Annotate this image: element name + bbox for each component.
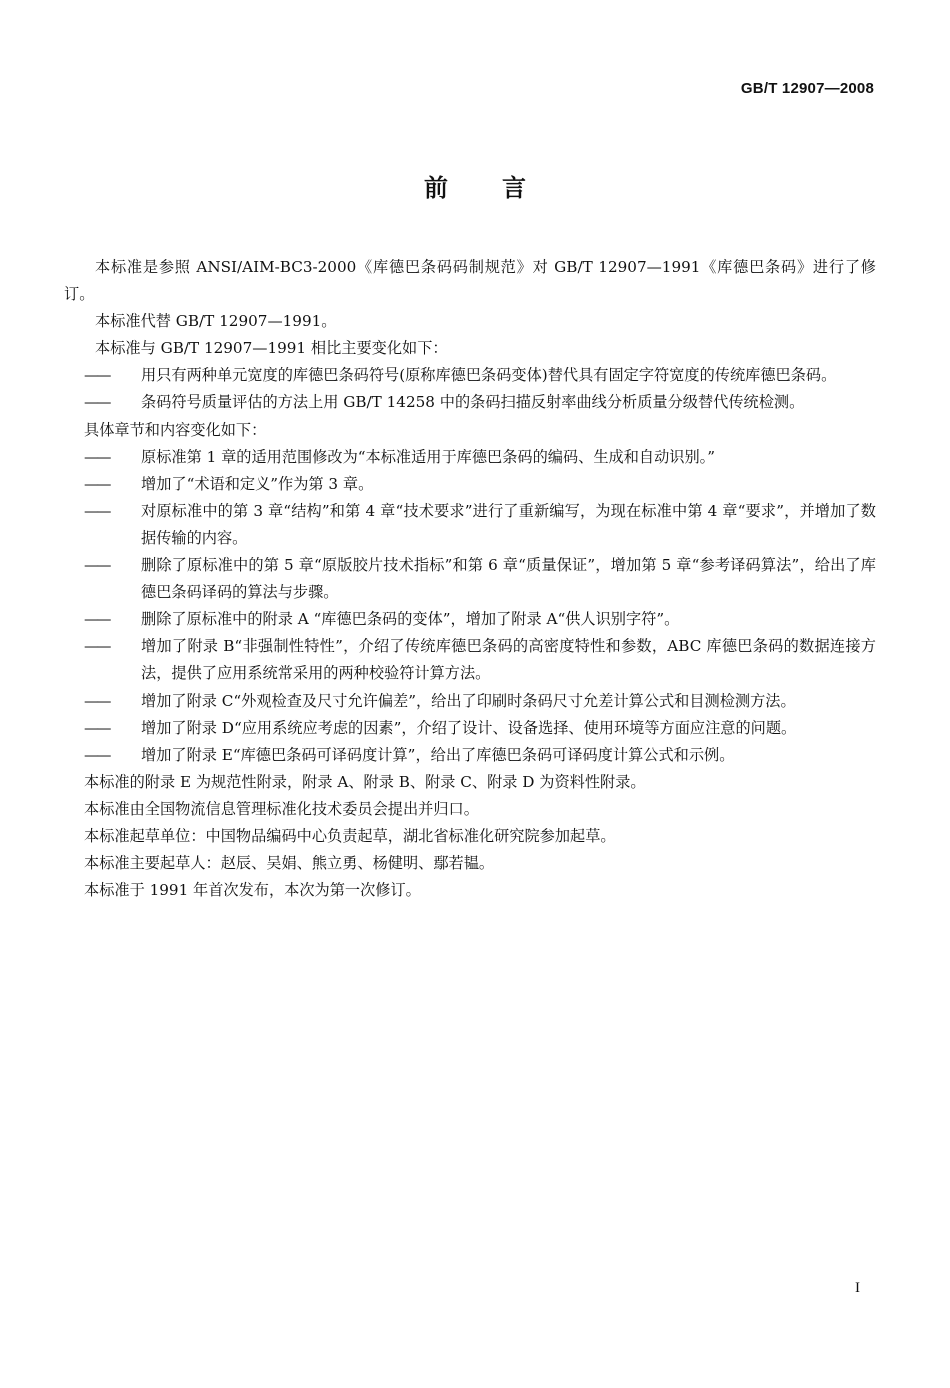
em-dash: ——: [84, 389, 141, 416]
list-item: ——用只有两种单元宽度的库德巴条码符号(原称库德巴条码变体)替代具有固定字符宽度…: [84, 362, 876, 389]
list-item-text: 增加了附录 C“外观检查及尺寸允许偏差”，给出了印刷时条码尺寸允差计算公式和目测…: [141, 692, 796, 710]
list-item-text: 增加了“术语和定义”作为第 3 章。: [141, 475, 373, 493]
list-item: ——增加了附录 E“库德巴条码可译码度计算”，给出了库德巴条码可译码度计算公式和…: [84, 742, 876, 769]
chapter-changes-list: ——原标准第 1 章的适用范围修改为“本标准适用于库德巴条码的编码、生成和自动识…: [64, 444, 876, 769]
list-item: ——增加了附录 B“非强制性特性”，介绍了传统库德巴条码的高密度特性和参数，AB…: [84, 633, 876, 687]
em-dash: ——: [84, 688, 141, 715]
em-dash: ——: [84, 444, 141, 471]
em-dash: ——: [84, 606, 141, 633]
list-item: ——删除了原标准中的第 5 章“原版胶片技术指标”和第 6 章“质量保证”，增加…: [84, 552, 876, 606]
em-dash: ——: [84, 552, 141, 579]
list-item-text: 增加了附录 D“应用系统应考虑的因素”，介绍了设计、设备选择、使用环境等方面应注…: [141, 719, 796, 737]
title-char-2: 言: [502, 168, 526, 203]
em-dash: ——: [84, 715, 141, 742]
list-item: ——条码符号质量评估的方法上用 GB/T 14258 中的条码扫描反射率曲线分析…: [84, 389, 876, 416]
intro-paragraph-1: 本标准是参照 ANSI/AIM-BC3-2000《库德巴条码码制规范》对 GB/…: [64, 254, 876, 308]
list-item-text: 原标准第 1 章的适用范围修改为“本标准适用于库德巴条码的编码、生成和自动识别。…: [141, 448, 715, 466]
list-item-text: 条码符号质量评估的方法上用 GB/T 14258 中的条码扫描反射率曲线分析质量…: [141, 393, 804, 411]
list-item-text: 删除了原标准中的附录 A “库德巴条码的变体”，增加了附录 A“供人识别字符”。: [141, 610, 679, 628]
intro-paragraph-3: 本标准与 GB/T 12907—1991 相比主要变化如下：: [64, 335, 876, 362]
list-item-text: 对原标准中的第 3 章“结构”和第 4 章“技术要求”进行了重新编写，为现在标准…: [141, 502, 876, 547]
proposer-statement: 本标准由全国物流信息管理标准化技术委员会提出并归口。: [64, 796, 876, 823]
list-item: ——增加了“术语和定义”作为第 3 章。: [84, 471, 876, 498]
title-char-1: 前: [424, 168, 448, 203]
em-dash: ——: [84, 498, 141, 525]
drafting-units: 本标准起草单位：中国物品编码中心负责起草，湖北省标准化研究院参加起草。: [64, 823, 876, 850]
list-item: ——对原标准中的第 3 章“结构”和第 4 章“技术要求”进行了重新编写，为现在…: [84, 498, 876, 552]
list-item: ——增加了附录 D“应用系统应考虑的因素”，介绍了设计、设备选择、使用环境等方面…: [84, 715, 876, 742]
chapter-changes-heading: 具体章节和内容变化如下：: [64, 417, 876, 444]
standard-code-header: GB/T 12907—2008: [741, 80, 874, 97]
list-item: ——删除了原标准中的附录 A “库德巴条码的变体”，增加了附录 A“供人识别字符…: [84, 606, 876, 633]
list-item-text: 用只有两种单元宽度的库德巴条码符号(原称库德巴条码变体)替代具有固定字符宽度的传…: [141, 366, 836, 384]
list-item: ——增加了附录 C“外观检查及尺寸允许偏差”，给出了印刷时条码尺寸允差计算公式和…: [84, 688, 876, 715]
em-dash: ——: [84, 362, 141, 389]
page-number: I: [855, 1280, 860, 1297]
list-item-text: 删除了原标准中的第 5 章“原版胶片技术指标”和第 6 章“质量保证”，增加第 …: [141, 556, 876, 601]
foreword-body: 本标准是参照 ANSI/AIM-BC3-2000《库德巴条码码制规范》对 GB/…: [64, 254, 876, 904]
intro-paragraph-2: 本标准代替 GB/T 12907—1991。: [64, 308, 876, 335]
publication-history: 本标准于 1991 年首次发布，本次为第一次修订。: [64, 877, 876, 904]
em-dash: ——: [84, 742, 141, 769]
em-dash: ——: [84, 633, 141, 660]
main-changes-list: ——用只有两种单元宽度的库德巴条码符号(原称库德巴条码变体)替代具有固定字符宽度…: [64, 362, 876, 416]
list-item-text: 增加了附录 E“库德巴条码可译码度计算”，给出了库德巴条码可译码度计算公式和示例…: [141, 746, 734, 764]
annex-statement: 本标准的附录 E 为规范性附录，附录 A、附录 B、附录 C、附录 D 为资料性…: [64, 769, 876, 796]
list-item-text: 增加了附录 B“非强制性特性”，介绍了传统库德巴条码的高密度特性和参数，ABC …: [141, 637, 876, 682]
drafters: 本标准主要起草人：赵辰、吴娟、熊立勇、杨健明、鄢若韫。: [64, 850, 876, 877]
list-item: ——原标准第 1 章的适用范围修改为“本标准适用于库德巴条码的编码、生成和自动识…: [84, 444, 876, 471]
page-title: 前言: [0, 168, 950, 203]
em-dash: ——: [84, 471, 141, 498]
